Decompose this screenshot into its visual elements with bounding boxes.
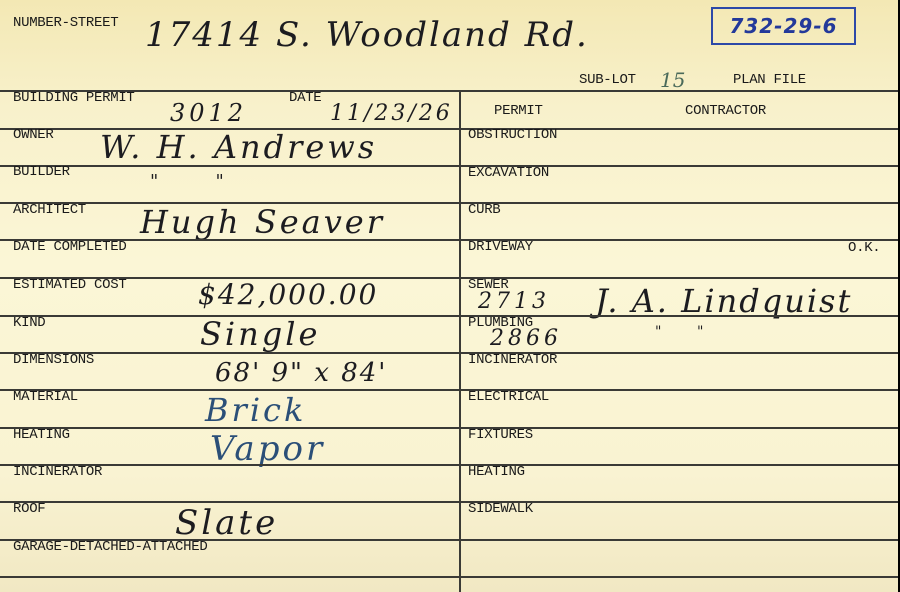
- garage-label: GARAGE-DETACHED-ATTACHED: [13, 540, 207, 554]
- divider: [459, 277, 898, 279]
- estimated-cost-label: ESTIMATED COST: [13, 278, 126, 292]
- plumbing-contractor: " ": [655, 325, 703, 339]
- driveway-note: O.K.: [848, 241, 880, 255]
- builder-label: BUILDER: [13, 165, 70, 179]
- material-value: Brick: [205, 394, 306, 426]
- plan-file-label: PLAN FILE: [733, 73, 806, 87]
- divider: [459, 202, 898, 204]
- permit-row-electrical: ELECTRICAL: [468, 390, 549, 404]
- sewer-permit-number: 2713: [478, 291, 550, 313]
- kind-label: KIND: [13, 316, 45, 330]
- material-label: MATERIAL: [13, 390, 78, 404]
- builder-value: " ": [150, 173, 224, 191]
- permit-row-incinerator: INCINERATOR: [468, 353, 557, 367]
- divider: [0, 576, 898, 578]
- permit-row-driveway: DRIVEWAY: [468, 240, 533, 254]
- permit-row-obstruction: OBSTRUCTION: [468, 128, 557, 142]
- date-label: DATE: [289, 91, 321, 105]
- roof-label: ROOF: [13, 502, 45, 516]
- sub-lot-value: 15: [660, 70, 685, 90]
- permit-row-heating: HEATING: [468, 465, 525, 479]
- estimated-cost-value: $42,000.00: [198, 281, 378, 309]
- plumbing-permit-number: 2866: [490, 328, 562, 350]
- divider: [459, 464, 898, 466]
- roof-value: Slate: [175, 506, 278, 540]
- permit-row-curb: CURB: [468, 203, 500, 217]
- sub-lot-label: SUB-LOT: [579, 73, 636, 87]
- building-permit-label: BUILDING PERMIT: [13, 91, 135, 105]
- owner-value: W. H. Andrews: [100, 131, 377, 163]
- number-street-label: NUMBER-STREET: [13, 16, 118, 30]
- permit-row-excavation: EXCAVATION: [468, 166, 549, 180]
- permit-row-sidewalk: SIDEWALK: [468, 502, 533, 516]
- divider: [459, 539, 898, 541]
- permit-card: NUMBER-STREET 17414 S. Woodland Rd. 732-…: [0, 0, 898, 592]
- heating-label: HEATING: [13, 428, 70, 442]
- date-completed-label: DATE COMPLETED: [13, 240, 126, 254]
- building-permit-value: 3012: [170, 101, 247, 125]
- kind-value: Single: [200, 318, 320, 350]
- permit-row-fixtures: FIXTURES: [468, 428, 533, 442]
- number-street-value: 17414 S. Woodland Rd.: [145, 18, 589, 52]
- contractor-header: CONTRACTOR: [685, 104, 766, 118]
- file-number-stamp: 732-29-6: [711, 7, 856, 45]
- owner-label: OWNER: [13, 128, 54, 142]
- divider: [0, 90, 898, 92]
- dimensions-value: 68' 9" x 84': [215, 360, 387, 386]
- heating-value: Vapor: [210, 432, 325, 466]
- dimensions-label: DIMENSIONS: [13, 353, 94, 367]
- incinerator-label: INCINERATOR: [13, 465, 102, 479]
- sewer-contractor: J. A. Lindquist: [595, 285, 852, 317]
- architect-value: Hugh Seaver: [140, 206, 385, 238]
- date-value: 11/23/26: [330, 103, 453, 125]
- permit-header: PERMIT: [494, 104, 543, 118]
- architect-label: ARCHITECT: [13, 203, 86, 217]
